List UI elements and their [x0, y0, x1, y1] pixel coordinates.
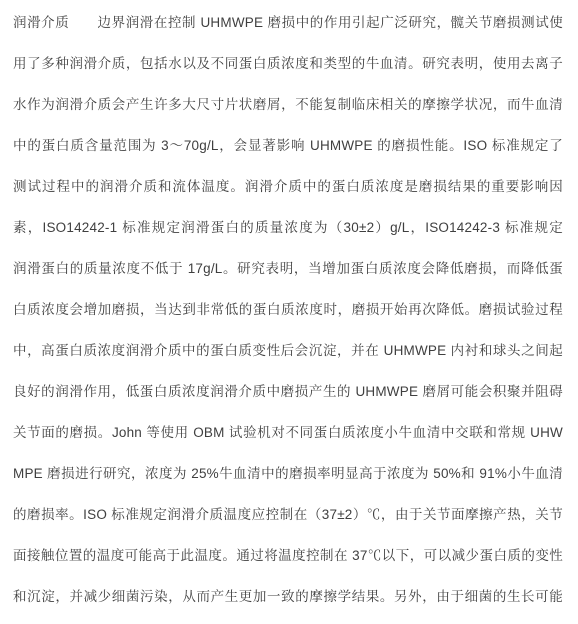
text-line: 中的蛋白质含量范围为 3～70g/L，会显著影响 UHMWPE 的磨损性能。IS… — [13, 125, 563, 166]
text-line: 测试过程中的润滑介质和流体温度。润滑介质中的蛋白质浓度是磨损结果的重要影响因 — [13, 166, 563, 207]
text-line: 用了多种润滑介质，包括水以及不同蛋白质浓度和类型的牛血清。研究表明，使用去离子 — [13, 43, 563, 84]
text-line: 润滑蛋白的质量浓度不低于 17g/L。研究表明，当增加蛋白质浓度会降低磨损，而降… — [13, 248, 563, 289]
text-line: 白质浓度会增加磨损，当达到非常低的蛋白质浓度时，磨损开始再次降低。磨损试验过程 — [13, 289, 563, 330]
document-page: 润滑介质 边界润滑在控制 UHMWPE 磨损中的作用引起广泛研究，髋关节磨损测试… — [0, 0, 578, 624]
text-line: 面接触位置的温度可能高于此温度。通过将温度控制在 37℃以下，可以减少蛋白质的变… — [13, 535, 563, 576]
text-line: 关节面的磨损。John 等使用 OBM 试验机对不同蛋白质浓度小牛血清中交联和常… — [13, 412, 563, 453]
text-line: 良好的润滑作用，低蛋白质浓度润滑介质中磨损产生的 UHMWPE 磨屑可能会积聚并… — [13, 371, 563, 412]
text-line: 水作为润滑介质会产生许多大尺寸片状磨屑，不能复制临床相关的摩擦学状况，而牛血清 — [13, 84, 563, 125]
text-line: 的磨损率。ISO 标准规定润滑介质温度应控制在（37±2）℃，由于关节面摩擦产热… — [13, 494, 563, 535]
text-line: MPE 磨损进行研究，浓度为 25%牛血清中的磨损率明显高于浓度为 50%和 9… — [13, 453, 563, 494]
text-line: 润滑介质 边界润滑在控制 UHMWPE 磨损中的作用引起广泛研究，髋关节磨损测试… — [13, 2, 563, 43]
text-line: 中，高蛋白质浓度润滑介质中的蛋白质变性后会沉淀，并在 UHMWPE 内衬和球头之… — [13, 330, 563, 371]
text-line: 素，ISO14242-1 标准规定润滑蛋白的质量浓度为（30±2）g/L，ISO… — [13, 207, 563, 248]
text-line: 和沉淀，并减少细菌污染，从而产生更加一致的摩擦学结果。另外，由于细菌的生长可能 — [13, 576, 563, 617]
